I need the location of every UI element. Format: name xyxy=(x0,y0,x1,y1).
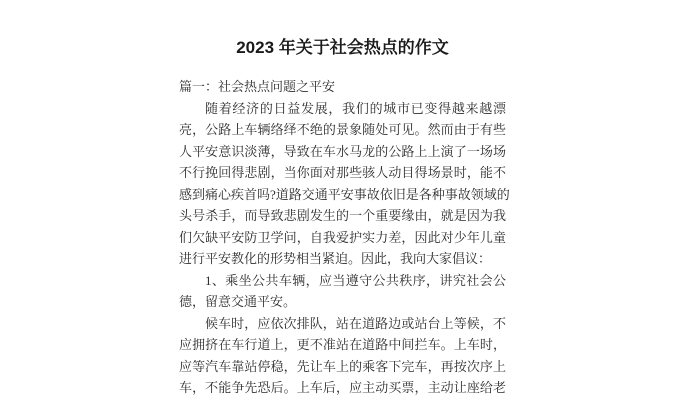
text-line: 应等汽车靠站停稳，先让车上的乘客下完车，再按次序上 xyxy=(179,356,506,378)
text-line: 们欠缺平安防卫学问，自我爱护实力差，因此对少年儿童 xyxy=(179,227,506,249)
document-page: 2023 年关于社会热点的作文 篇一：社会热点问题之平安 随着经济的日益发展，我… xyxy=(0,0,681,396)
text-line: 亮，公路上车辆络绎不绝的景象随处可见。然而由于有些 xyxy=(179,119,506,141)
document-content: 2023 年关于社会热点的作文 篇一：社会热点问题之平安 随着经济的日益发展，我… xyxy=(179,0,506,396)
text-line: 德，留意交通平安。 xyxy=(179,291,506,313)
document-body: 篇一：社会热点问题之平安 随着经济的日益发展，我们的城市已变得越来越漂 亮，公路… xyxy=(179,76,506,396)
text-line: 头号杀手，而导致悲剧发生的一个重要缘由，就是因为我 xyxy=(179,205,506,227)
text-line: 车，不能争先恐后。上车后，应主动买票，主动让座给老 xyxy=(179,377,506,396)
text-line: 感到痛心疾首吗?道路交通平安事故依旧是各种事故领域的 xyxy=(179,184,506,206)
text-line: 随着经济的日益发展，我们的城市已变得越来越漂 xyxy=(179,98,506,120)
text-line: 1、乘坐公共车辆，应当遵守公共秩序，讲究社会公 xyxy=(179,270,506,292)
text-line: 不行挽回得悲剧，当你面对那些骇人动目得场景时，能不 xyxy=(179,162,506,184)
section-heading: 篇一：社会热点问题之平安 xyxy=(179,76,506,98)
text-line: 进行平安教化的形势相当紧迫。因此，我向大家倡议： xyxy=(179,248,506,270)
text-line: 应拥挤在车行道上，更不准站在道路中间拦车。上车时， xyxy=(179,334,506,356)
document-title: 2023 年关于社会热点的作文 xyxy=(179,37,506,59)
text-line: 人平安意识淡薄，导致在车水马龙的公路上上演了一场场 xyxy=(179,141,506,163)
text-line: 候车时，应依次排队，站在道路边或站台上等候，不 xyxy=(179,313,506,335)
